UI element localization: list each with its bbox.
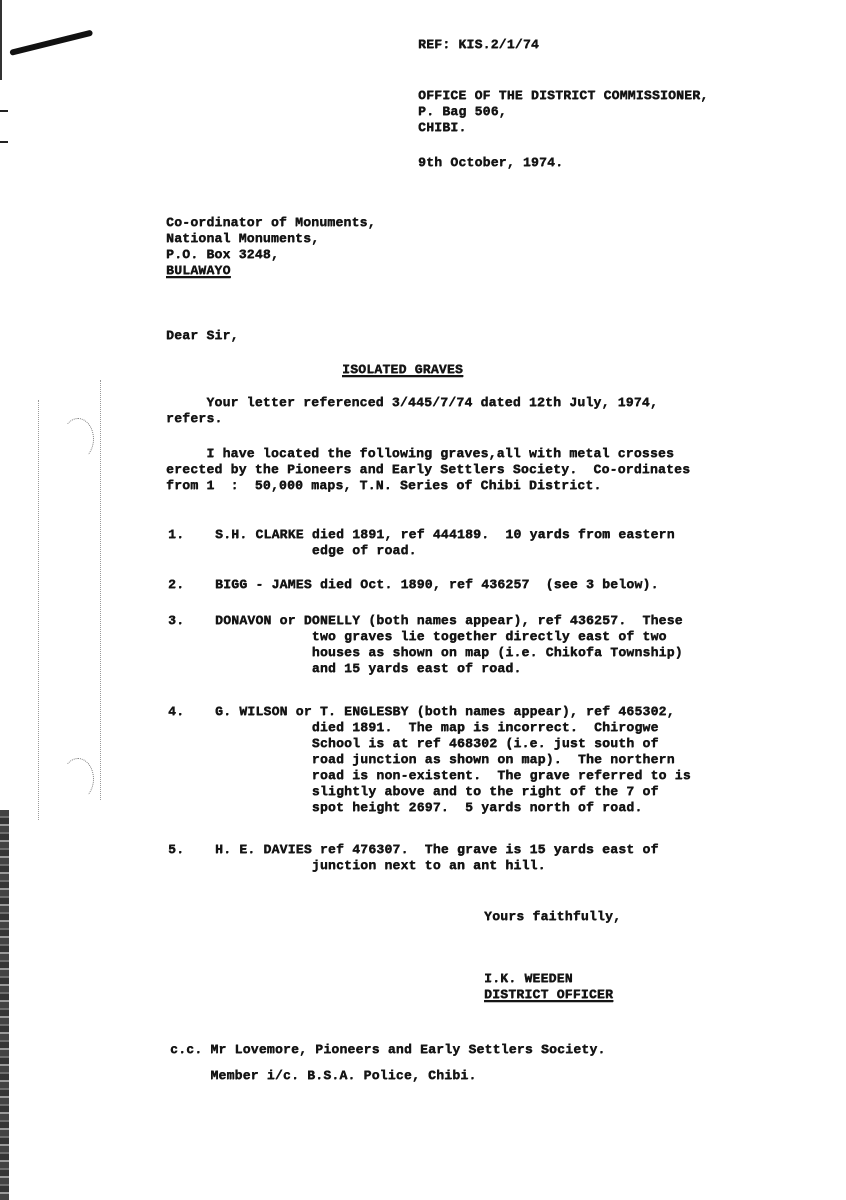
scan-dotted-line [38, 400, 40, 820]
body-paragraph-line: Your letter referenced 3/445/7/74 dated … [166, 395, 658, 411]
body-paragraph-line: I have located the following graves,all … [166, 446, 674, 462]
list-item-line: and 15 yards east of road. [215, 661, 521, 677]
list-item-line: road is non-existent. The grave referred… [215, 768, 691, 784]
pen-mark [9, 30, 93, 56]
list-item-line: houses as shown on map (i.e. Chikofa Tow… [215, 645, 683, 661]
scan-edge-tick [0, 141, 8, 143]
sender-address-line: CHIBI. [418, 120, 466, 136]
list-item-line: School is at ref 468302 (i.e. just south… [215, 736, 659, 752]
list-item-line: S.H. CLARKE died 1891, ref 444189. 10 ya… [215, 527, 675, 543]
closing: Yours faithfully, [484, 909, 621, 925]
sender-address-line: OFFICE OF THE DISTRICT COMMISSIONER, [418, 88, 708, 104]
list-item-number: 4. [168, 704, 184, 720]
scan-edge-shadow [0, 810, 9, 1200]
recipient-address-line: P.O. Box 3248, [166, 247, 279, 263]
scan-edge-line [0, 0, 2, 80]
list-item-number: 5. [168, 842, 184, 858]
punch-hole-mark [62, 758, 94, 800]
list-item-line: spot height 2697. 5 yards north of road. [215, 800, 642, 816]
list-item-line: BIGG - JAMES died Oct. 1890, ref 436257 … [215, 577, 659, 593]
list-item-line: G. WILSON or T. ENGLESBY (both names app… [215, 704, 675, 720]
sender-address-line: P. Bag 506, [418, 104, 507, 120]
list-item-line: died 1891. The map is incorrect. Chirogw… [215, 720, 659, 736]
recipient-address-line: National Monuments, [166, 231, 319, 247]
scan-dotted-line [100, 380, 102, 800]
recipient-address-line: Co-ordinator of Monuments, [166, 215, 376, 231]
signatory-title: DISTRICT OFFICER [484, 987, 613, 1003]
list-item-number: 1. [168, 527, 184, 543]
list-item-line: H. E. DAVIES ref 476307. The grave is 15… [215, 842, 659, 858]
scan-edge-tick [0, 110, 8, 112]
list-item-number: 2. [168, 577, 184, 593]
subject-heading: ISOLATED GRAVES [342, 362, 463, 378]
cc-line: Member i/c. B.S.A. Police, Chibi. [170, 1068, 476, 1084]
signatory-name: I.K. WEEDEN [484, 971, 573, 987]
list-item-line: junction next to an ant hill. [215, 858, 546, 874]
body-paragraph-line: erected by the Pioneers and Early Settle… [166, 462, 690, 478]
list-item-line: slightly above and to the right of the 7… [215, 784, 659, 800]
list-item-line: DONAVON or DONELLY (both names appear), … [215, 613, 683, 629]
body-paragraph-line: from 1 : 50,000 maps, T.N. Series of Chi… [166, 478, 601, 494]
list-item-number: 3. [168, 613, 184, 629]
cc-line: c.c. Mr Lovemore, Pioneers and Early Set… [170, 1042, 605, 1058]
scanned-letter-page: REF: KIS.2/1/74 OFFICE OF THE DISTRICT C… [0, 0, 846, 1200]
list-item-line: edge of road. [215, 543, 417, 559]
list-item-line: two graves lie together directly east of… [215, 629, 667, 645]
reference-number: REF: KIS.2/1/74 [418, 37, 539, 53]
body-paragraph-line: refers. [166, 411, 222, 427]
salutation: Dear Sir, [166, 328, 239, 344]
list-item-line: road junction as shown on map). The nort… [215, 752, 675, 768]
punch-hole-mark [62, 418, 94, 460]
recipient-city: BULAWAYO [166, 263, 231, 279]
letter-date: 9th October, 1974. [418, 155, 563, 171]
